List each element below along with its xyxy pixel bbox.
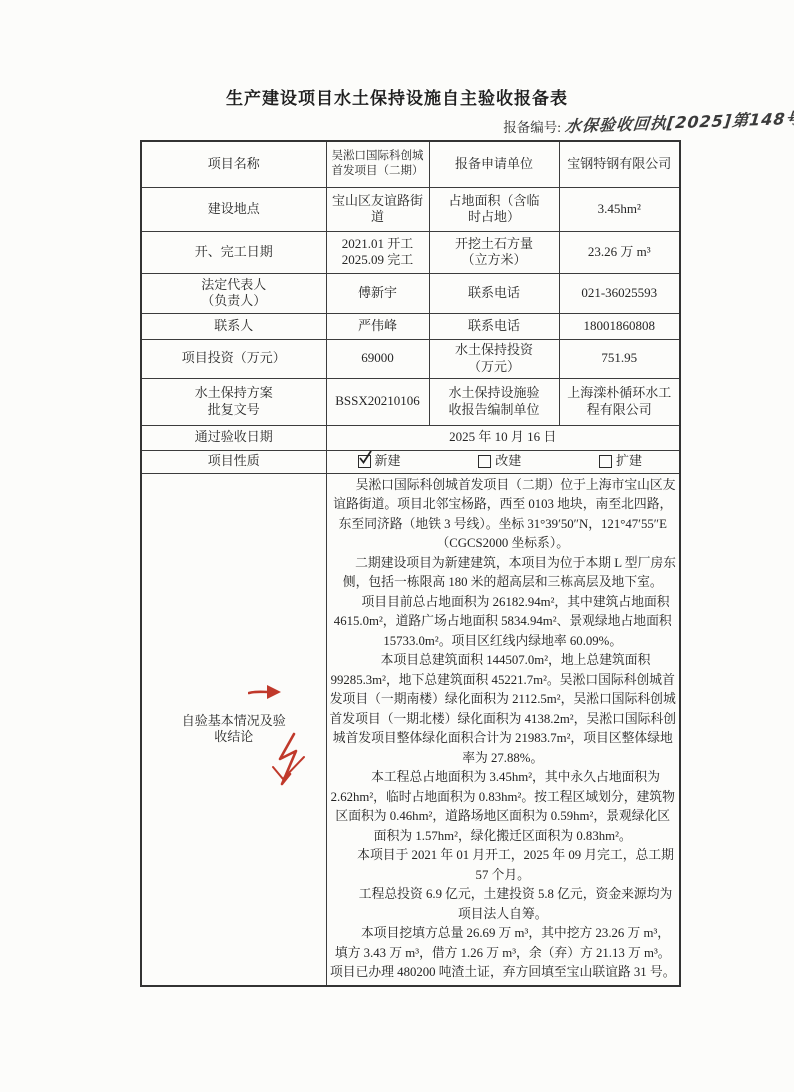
field-value: 751.95 — [601, 350, 637, 365]
field-value: 上海滦朴循环水工程有限公司 — [565, 385, 673, 418]
cell-label: 项目投资（万元） — [141, 339, 326, 378]
field-label: 报备申请单位 — [455, 156, 533, 171]
option-label: 改建 — [495, 453, 521, 469]
conclusion-paragraph: 项目目前总占地面积为 26182.94m²，其中建筑占地面积 4615.0m²，… — [330, 593, 677, 652]
cell-label: 联系电话 — [429, 313, 559, 339]
conclusion-paragraph: 本项目于 2021 年 01 月开工，2025 年 09 月完工，总工期 57 … — [330, 846, 677, 885]
row-approval-document: 水土保持方案批复文号 BSSX20210106 水土保持设施验收报告编制单位 上… — [141, 378, 680, 425]
cell-value: 021-36025593 — [559, 273, 680, 313]
field-value: 18001860808 — [584, 318, 656, 333]
field-label: 占地面积（含临时占地） — [446, 193, 542, 226]
cell-label: 开挖土石方量（立方米） — [429, 231, 559, 273]
cell-label: 联系电话 — [429, 273, 559, 313]
field-label: 水土保持投资（万元） — [446, 342, 542, 375]
field-value: BSSX20210106 — [335, 393, 420, 408]
cell-label: 建设地点 — [141, 187, 326, 231]
cell-label: 自验基本情况及验收结论 — [141, 473, 326, 986]
cell-value: 69000 — [326, 339, 429, 378]
checkbox-renovation: 改建 — [478, 453, 521, 469]
row-project-nature: 项目性质 新建 改建 扩建 — [141, 450, 680, 473]
field-value: 傅新宇 — [358, 285, 397, 300]
filing-number-handwritten: 水保验收回执[2025]第148号 — [564, 106, 794, 137]
field-value: 2025 年 10 月 16 日 — [449, 429, 556, 444]
field-label: 项目投资（万元） — [182, 350, 286, 365]
page-title: 生产建设项目水土保持设施自主验收报备表 — [0, 84, 794, 109]
cell-value: 新建 改建 扩建 — [326, 450, 680, 473]
row-project-name: 项目名称 吴淞口国际科创城首发项目（二期） 报备申请单位 宝钢特钢有限公司 — [141, 141, 680, 187]
scanned-document-page: 生产建设项目水土保持设施自主验收报备表 报备编号: 水保验收回执[2025]第1… — [0, 0, 794, 1092]
field-label: 法定代表人（负责人） — [197, 277, 270, 310]
cell-value: 宝钢特钢有限公司 — [559, 141, 680, 187]
row-legal-representative: 法定代表人（负责人） 傅新宇 联系电话 021-36025593 — [141, 273, 680, 313]
field-value: 宝钢特钢有限公司 — [567, 156, 671, 171]
cell-value: 23.26 万 m³ — [559, 231, 680, 273]
conclusion-paragraph: 二期建设项目为新建建筑，本项目为位于本期 L 型厂房东侧，包括一栋限高 180 … — [330, 554, 677, 593]
row-dates: 开、完工日期 2021.01 开工 2025.09 完工 开挖土石方量（立方米）… — [141, 231, 680, 273]
conclusion-paragraph: 本项目挖填方总量 26.69 万 m³，其中挖方 23.26 万 m³，填方 3… — [330, 924, 677, 983]
filing-number-label: 报备编号: — [503, 120, 561, 135]
field-label: 建设地点 — [208, 201, 260, 216]
conclusion-paragraph: 吴淞口国际科创城首发项目（二期）位于上海市宝山区友谊路街道。项目北邻宝杨路，西至… — [330, 476, 677, 554]
start-date: 2021.01 开工 — [330, 236, 426, 252]
cell-label: 水土保持投资（万元） — [429, 339, 559, 378]
red-arrow-annotation — [248, 682, 284, 702]
checkbox-expansion: 扩建 — [599, 453, 642, 469]
field-value: 69000 — [361, 350, 394, 365]
field-value: 宝山区友谊路街道 — [332, 193, 423, 224]
checkbox-empty-icon — [478, 455, 491, 468]
row-acceptance-date: 通过验收日期 2025 年 10 月 16 日 — [141, 425, 680, 450]
cell-label: 报备申请单位 — [429, 141, 559, 187]
row-conclusion: 自验基本情况及验收结论 吴淞口国际科创城首发项目（二期）位于上海市宝山区友谊路街… — [141, 473, 680, 986]
field-label: 项目性质 — [208, 453, 260, 468]
checkbox-new-construction: 新建 — [358, 453, 401, 469]
conclusion-paragraph: 本工程总占地面积为 3.45hm²，其中永久占地面积为 2.62hm²，临时占地… — [330, 768, 677, 846]
field-value: 23.26 万 m³ — [588, 244, 651, 259]
conclusion-paragraph: 本项目总建筑面积 144507.0m²，地上总建筑面积 99285.3m²，地下… — [330, 651, 677, 768]
field-value: 严伟峰 — [358, 318, 397, 333]
cell-value: 18001860808 — [559, 313, 680, 339]
cell-value: 傅新宇 — [326, 273, 429, 313]
cell-label: 占地面积（含临时占地） — [429, 187, 559, 231]
cell-label: 联系人 — [141, 313, 326, 339]
cell-label: 项目性质 — [141, 450, 326, 473]
option-label: 新建 — [375, 453, 401, 469]
cell-label: 法定代表人（负责人） — [141, 273, 326, 313]
cell-value: 上海滦朴循环水工程有限公司 — [559, 378, 680, 425]
field-label: 水土保持设施验收报告编制单位 — [446, 385, 542, 418]
field-label: 联系电话 — [468, 318, 520, 333]
red-scribble-annotation — [268, 732, 316, 800]
field-label: 项目名称 — [208, 156, 260, 171]
cell-value: 吴淞口国际科创城首发项目（二期） — [326, 141, 429, 187]
field-value: 3.45hm² — [598, 201, 641, 216]
option-label: 扩建 — [616, 453, 642, 469]
checkbox-checked-icon — [358, 455, 371, 468]
checkbox-empty-icon — [599, 455, 612, 468]
cell-value: 2021.01 开工 2025.09 完工 — [326, 231, 429, 273]
cell-value: 751.95 — [559, 339, 680, 378]
row-contact-person: 联系人 严伟峰 联系电话 18001860808 — [141, 313, 680, 339]
cell-label: 水土保持方案批复文号 — [141, 378, 326, 425]
cell-value: 宝山区友谊路街道 — [326, 187, 429, 231]
field-label: 开、完工日期 — [195, 244, 273, 259]
field-label: 开挖土石方量（立方米） — [452, 236, 535, 269]
field-label: 联系电话 — [468, 285, 520, 300]
registration-form-table: 项目名称 吴淞口国际科创城首发项目（二期） 报备申请单位 宝钢特钢有限公司 建设… — [140, 140, 681, 987]
field-label: 通过验收日期 — [195, 429, 273, 444]
field-value: 吴淞口国际科创城首发项目（二期） — [330, 149, 426, 180]
end-date: 2025.09 完工 — [330, 252, 426, 268]
cell-label: 水土保持设施验收报告编制单位 — [429, 378, 559, 425]
cell-label: 开、完工日期 — [141, 231, 326, 273]
cell-value: 3.45hm² — [559, 187, 680, 231]
field-label: 水土保持方案批复文号 — [192, 385, 275, 418]
cell-label: 项目名称 — [141, 141, 326, 187]
cell-value: 2025 年 10 月 16 日 — [326, 425, 680, 450]
row-investment: 项目投资（万元） 69000 水土保持投资（万元） 751.95 — [141, 339, 680, 378]
cell-label: 通过验收日期 — [141, 425, 326, 450]
cell-value: 严伟峰 — [326, 313, 429, 339]
field-label: 联系人 — [214, 318, 253, 333]
filing-number: 报备编号: 水保验收回执[2025]第148号 — [503, 114, 794, 137]
row-location: 建设地点 宝山区友谊路街道 占地面积（含临时占地） 3.45hm² — [141, 187, 680, 231]
conclusion-paragraph: 工程总投资 6.9 亿元，土建投资 5.8 亿元，资金来源均为项目法人自筹。 — [330, 885, 677, 924]
conclusion-text-cell: 吴淞口国际科创城首发项目（二期）位于上海市宝山区友谊路街道。项目北邻宝杨路，西至… — [326, 473, 680, 986]
cell-value: BSSX20210106 — [326, 378, 429, 425]
field-value: 021-36025593 — [581, 285, 657, 300]
